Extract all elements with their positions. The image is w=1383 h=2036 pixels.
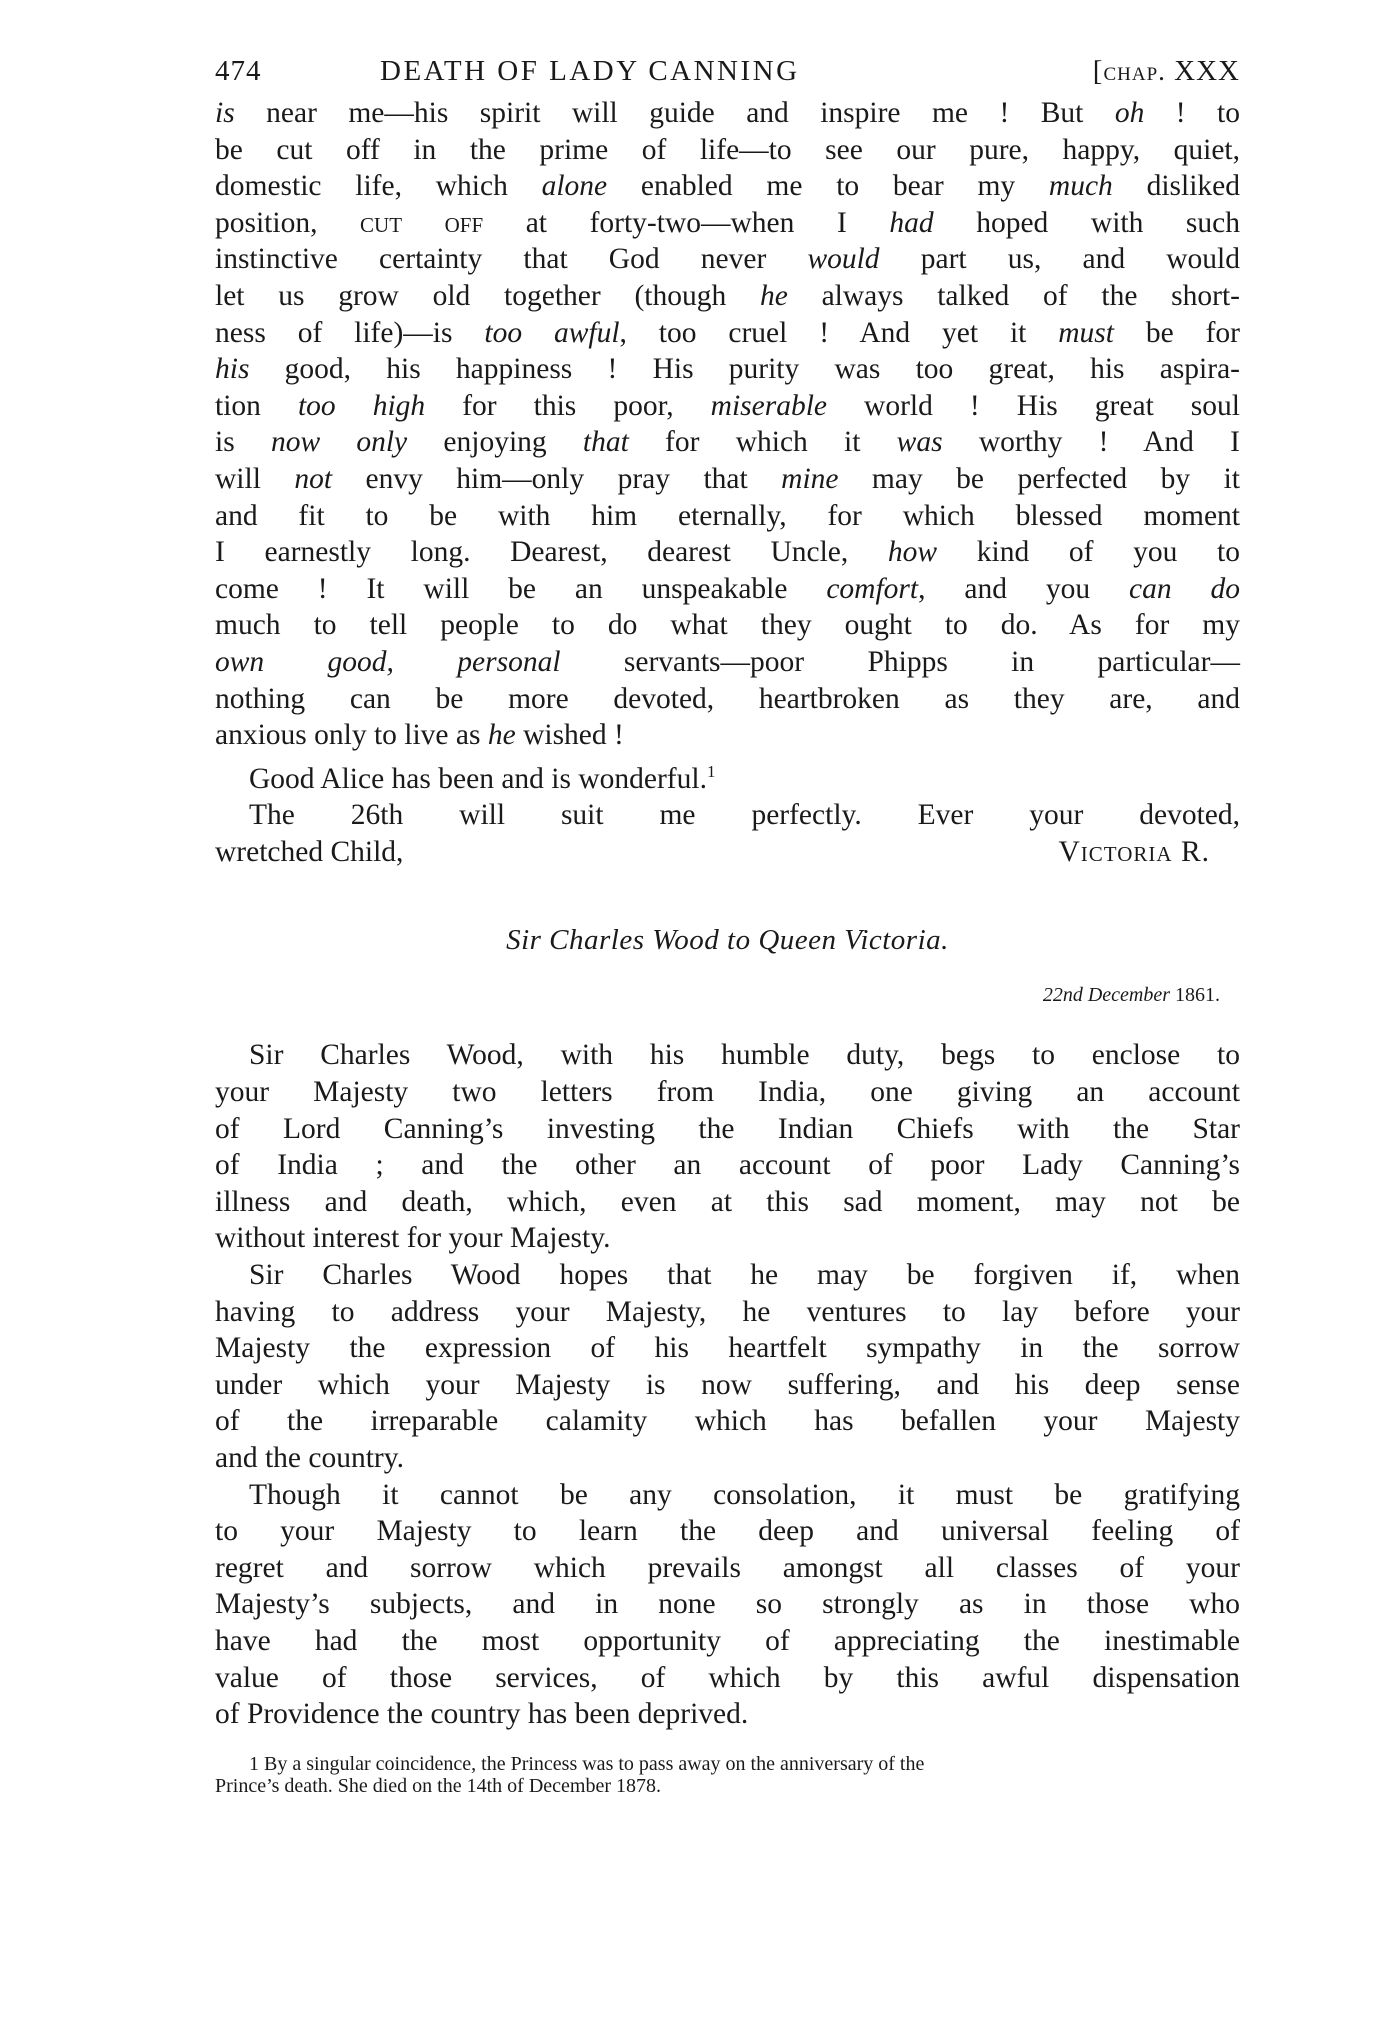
chapter-word: chap. bbox=[1103, 56, 1165, 86]
footnote-line: 1 By a singular coincidence, the Princes… bbox=[215, 1753, 1240, 1775]
text-line: Sir Charles Wood, with his humble duty, … bbox=[215, 1037, 1240, 1074]
text-line: of the irreparable calamity which has be… bbox=[215, 1403, 1240, 1440]
page-number: 474 bbox=[215, 55, 262, 88]
text-line: Though it cannot be any consolation, it … bbox=[215, 1477, 1240, 1514]
paragraph-text: Good Alice has been and is wonderful. bbox=[249, 763, 707, 795]
text-line: is now only enjoying that for which it w… bbox=[215, 424, 1240, 461]
footnote-marker: 1 bbox=[249, 1753, 259, 1775]
text-line: position, cut off at forty-two—when I ha… bbox=[215, 205, 1240, 242]
page-body: is near me—his spirit will guide and ins… bbox=[215, 95, 1240, 1797]
chapter-label: [chap. XXX bbox=[1093, 55, 1240, 88]
text-line: tion too high for this poor, miserable w… bbox=[215, 388, 1240, 425]
chapter-number: XXX bbox=[1174, 55, 1240, 87]
letter-heading: Sir Charles Wood to Queen Victoria. bbox=[215, 922, 1240, 959]
text-line: be cut off in the prime of life—to see o… bbox=[215, 132, 1240, 169]
book-page: 474 DEATH OF LADY CANNING [chap. XXX is … bbox=[215, 55, 1240, 1797]
text-line: regret and sorrow which prevails amongst… bbox=[215, 1550, 1240, 1587]
date-day: 22nd bbox=[1043, 984, 1083, 1006]
paragraph: Sir Charles Wood, with his humble duty, … bbox=[215, 1037, 1240, 1257]
signature-row: wretched Child, Victoria R. bbox=[215, 834, 1240, 871]
signature: Victoria R. bbox=[1058, 834, 1240, 871]
text-line: much to tell people to do what they ough… bbox=[215, 607, 1240, 644]
text-line: domestic life, which alone enabled me to… bbox=[215, 168, 1240, 205]
text-line: without interest for your Majesty. bbox=[215, 1220, 1240, 1257]
text-line: have had the most opportunity of appreci… bbox=[215, 1623, 1240, 1660]
text-line: anxious only to live as he wished ! bbox=[215, 717, 1240, 754]
date-year: 1861. bbox=[1175, 984, 1220, 1006]
text-line: of India ; and the other an account of p… bbox=[215, 1147, 1240, 1184]
text-line: let us grow old together (though he alwa… bbox=[215, 278, 1240, 315]
text-line: ness of life)—is too awful, too cruel ! … bbox=[215, 315, 1240, 352]
running-title: DEATH OF LADY CANNING bbox=[380, 55, 800, 88]
paragraph-26th: The 26th will suit me perfectly. Ever yo… bbox=[215, 797, 1240, 834]
text-line: is near me—his spirit will guide and ins… bbox=[215, 95, 1240, 132]
text-line: will not envy him—only pray that mine ma… bbox=[215, 461, 1240, 498]
text-line: of Providence the country has been depri… bbox=[215, 1696, 1240, 1733]
text-line: having to address your Majesty, he ventu… bbox=[215, 1294, 1240, 1331]
chapter-bracket: [ bbox=[1093, 55, 1104, 87]
text-line: your Majesty two letters from India, one… bbox=[215, 1074, 1240, 1111]
footnote-line: Prince’s death. She died on the 14th of … bbox=[215, 1775, 1240, 1797]
letter1-continuation: is near me—his spirit will guide and ins… bbox=[215, 95, 1240, 754]
text-line: instinctive certainty that God never wou… bbox=[215, 241, 1240, 278]
text-line: to your Majesty to learn the deep and un… bbox=[215, 1513, 1240, 1550]
footnotes: 1 By a singular coincidence, the Princes… bbox=[215, 1753, 1240, 1797]
paragraph: Though it cannot be any consolation, it … bbox=[215, 1477, 1240, 1733]
text-line: come ! It will be an unspeakable comfort… bbox=[215, 571, 1240, 608]
paragraph: Sir Charles Wood hopes that he may be fo… bbox=[215, 1257, 1240, 1477]
text-line: Majesty’s subjects, and in none so stron… bbox=[215, 1586, 1240, 1623]
text-line: of Lord Canning’s investing the Indian C… bbox=[215, 1111, 1240, 1148]
letter2-body: Sir Charles Wood, with his humble duty, … bbox=[215, 1037, 1240, 1732]
text-line: nothing can be more devoted, heartbroken… bbox=[215, 681, 1240, 718]
closing: wretched Child, bbox=[215, 834, 403, 871]
footnote-ref: 1 bbox=[707, 762, 716, 781]
dateline: 22nd December 1861. bbox=[215, 977, 1240, 1014]
text-line: Sir Charles Wood hopes that he may be fo… bbox=[215, 1257, 1240, 1294]
running-head: 474 DEATH OF LADY CANNING [chap. XXX bbox=[215, 55, 1240, 95]
text-line: I earnestly long. Dearest, dearest Uncle… bbox=[215, 534, 1240, 571]
text-line: and fit to be with him eternally, for wh… bbox=[215, 498, 1240, 535]
text-line: his good, his happiness ! His purity was… bbox=[215, 351, 1240, 388]
text-line: under which your Majesty is now sufferin… bbox=[215, 1367, 1240, 1404]
text-line: Majesty the expression of his heartfelt … bbox=[215, 1330, 1240, 1367]
paragraph-alice: Good Alice has been and is wonderful.1 bbox=[215, 754, 1240, 797]
text-line: illness and death, which, even at this s… bbox=[215, 1184, 1240, 1221]
text-line: value of those services, of which by thi… bbox=[215, 1660, 1240, 1697]
footnote-text: By a singular coincidence, the Princess … bbox=[264, 1753, 924, 1775]
text-line: own good, personal servants—poor Phipps … bbox=[215, 644, 1240, 681]
date-month: December bbox=[1088, 984, 1170, 1006]
text-line: and the country. bbox=[215, 1440, 1240, 1477]
